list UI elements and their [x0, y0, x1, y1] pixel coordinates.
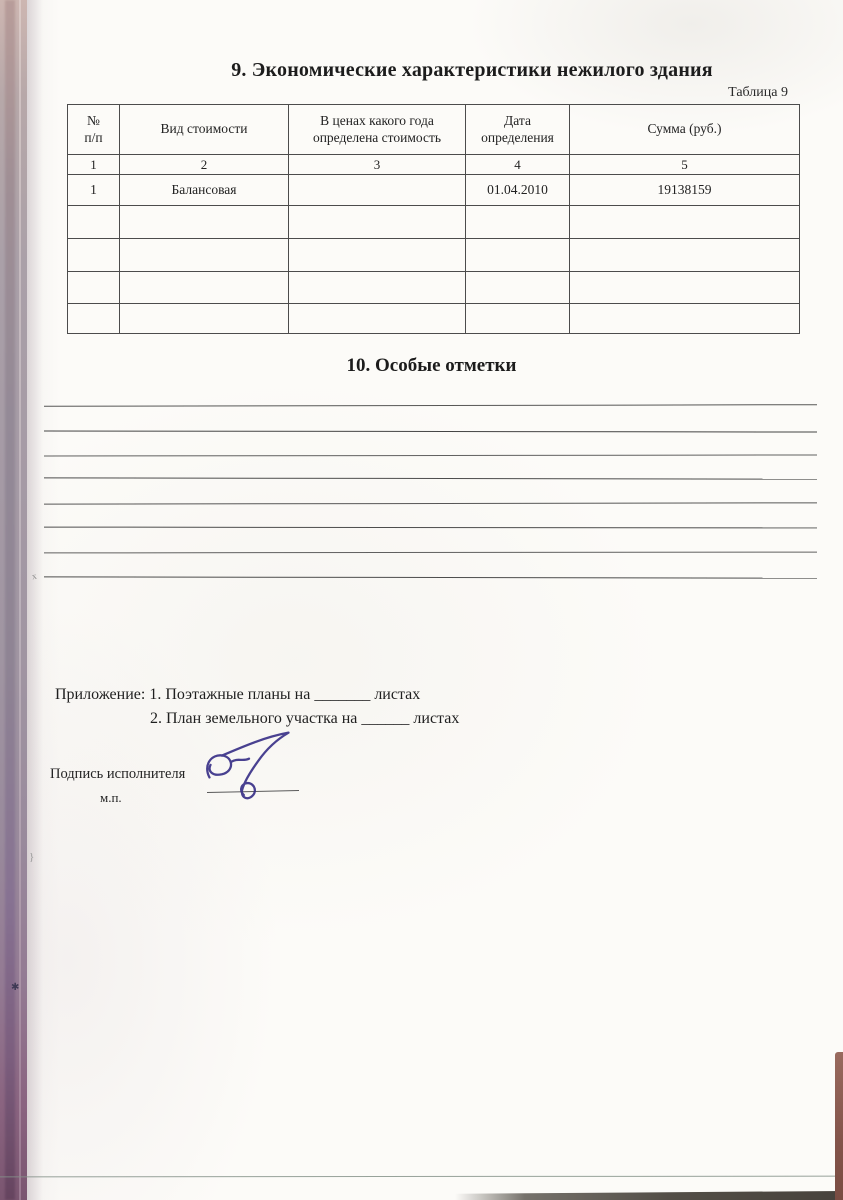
column-number: 4 — [466, 155, 570, 175]
note-line — [44, 527, 817, 529]
empty-table-row — [68, 304, 800, 334]
cell-amount: 19138159 — [570, 175, 800, 206]
cell-row-num: 1 — [68, 175, 120, 206]
column-number: 3 — [289, 155, 466, 175]
cell-price-year — [289, 175, 466, 206]
col-header-date: Дата определения — [466, 105, 570, 155]
note-line — [44, 430, 817, 432]
table-data-row: 1 Балансовая 01.04.2010 19138159 — [68, 175, 800, 206]
appendix-line-2: 2. План земельного участка на ______ лис… — [150, 710, 459, 728]
page-bottom-edge-line — [0, 1176, 843, 1178]
note-line — [44, 502, 817, 504]
seal-place-label: м.п. — [100, 790, 122, 806]
scan-mark-brace: } — [29, 851, 34, 863]
page-right-edge-strip — [835, 1052, 843, 1200]
col-header-price-year: В ценах какого года определена стоимость — [289, 105, 466, 155]
cell-date: 01.04.2010 — [466, 175, 570, 206]
section9-title: 9. Экономические характеристики нежилого… — [101, 59, 843, 82]
table9-caption: Таблица 9 — [68, 85, 788, 101]
note-line — [44, 576, 817, 578]
appendix-line-1: Приложение: 1. Поэтажные планы на ______… — [55, 686, 420, 704]
cell-cost-type: Балансовая — [120, 175, 289, 206]
table-header-row: № п/п Вид стоимости В ценах какого года … — [68, 105, 800, 155]
binding-edge-highlight — [19, 0, 21, 1200]
binding-edge-shadow — [5, 0, 15, 1200]
col-header-cost-type: Вид стоимости — [120, 105, 289, 155]
section10-title: 10. Особые отметки — [45, 355, 818, 377]
signature-ink — [197, 729, 301, 805]
note-line — [44, 477, 817, 479]
empty-table-row — [68, 206, 800, 239]
column-number-row: 1 2 3 4 5 — [68, 155, 800, 175]
scanned-document-page: 9. Экономические характеристики нежилого… — [0, 0, 843, 1200]
column-number: 2 — [120, 155, 289, 175]
binding-edge-fade — [27, 0, 43, 1200]
col-header-num: № п/п — [68, 105, 120, 155]
note-line — [44, 552, 817, 554]
empty-table-row — [68, 272, 800, 304]
scan-mark-asterisk: ✱ — [11, 982, 19, 993]
empty-table-row — [68, 239, 800, 272]
note-line — [44, 404, 817, 407]
economic-characteristics-table: № п/п Вид стоимости В ценах какого года … — [67, 104, 800, 334]
signature-label: Подпись исполнителя — [50, 766, 185, 783]
col-header-amount: Сумма (руб.) — [570, 105, 800, 155]
column-number: 5 — [570, 155, 800, 175]
column-number: 1 — [68, 155, 120, 175]
note-line — [44, 454, 817, 456]
page-bottom-shadow — [455, 1191, 843, 1200]
